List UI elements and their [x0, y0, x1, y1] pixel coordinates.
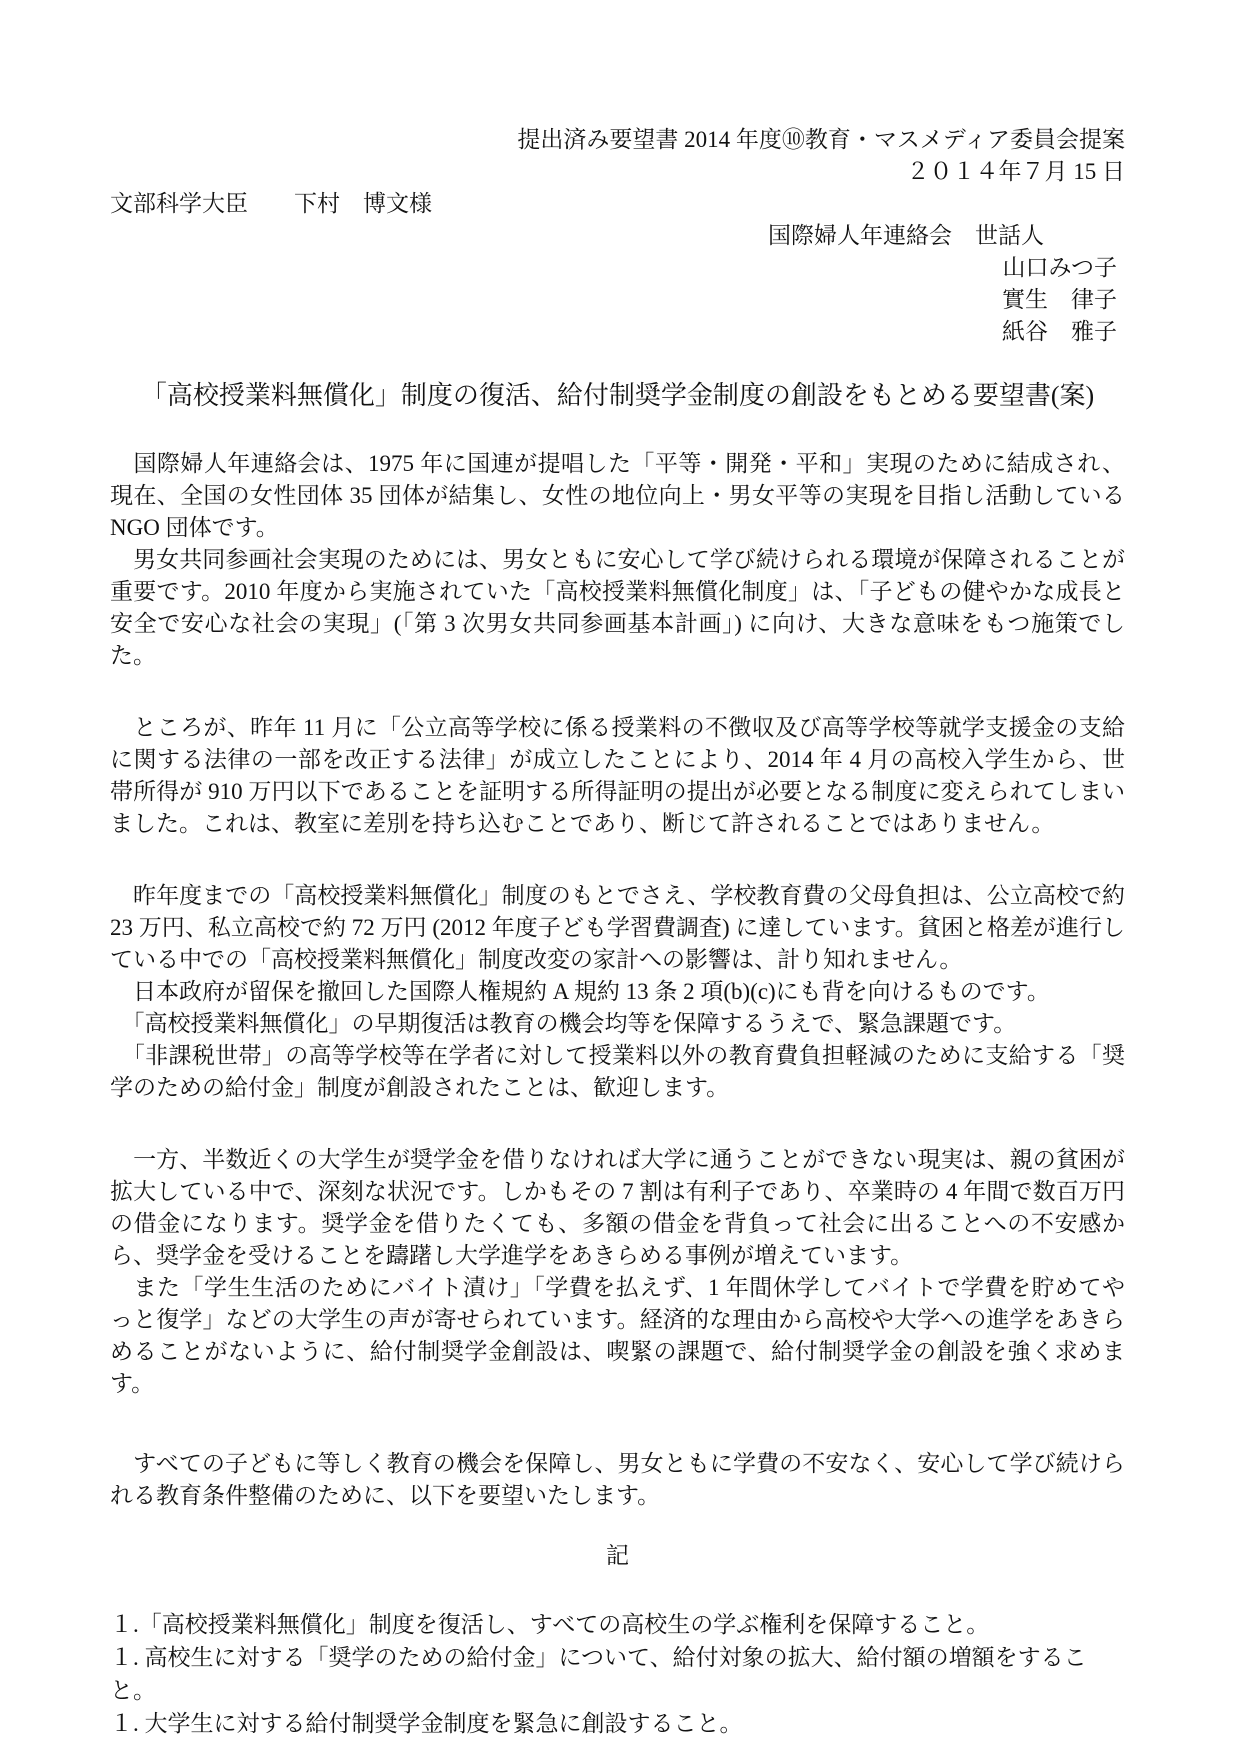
body-paragraph-10: すべての子どもに等しく教育の機会を保障し、男女ともに学費の不安なく、安心して学び… [110, 1448, 1125, 1512]
sender-org-line: 国際婦人年連絡会 世話人 [110, 220, 1125, 252]
document-header: 提出済み要望書 2014 年度⑩教育・マスメディア委員会提案 ２０１４年７月 1… [110, 0, 1125, 348]
request-item-3: １. 大学生に対する給付制奨学金制度を緊急に創設すること。 [110, 1707, 1125, 1740]
section-marker: 記 [110, 1540, 1125, 1572]
body-paragraph-2: 男女共同参画社会実現のためには、男女ともに安心して学び続けられる環境が保障される… [110, 544, 1125, 672]
document-body: 国際婦人年連絡会は、1975 年に国連が提唱した「平等・開発・平和」実現のために… [110, 448, 1125, 1512]
body-paragraph-6: 「高校授業料無償化」の早期復活は教育の機会均等を保障するうえで、緊急課題です。 [110, 1008, 1125, 1040]
body-paragraph-4: 昨年度までの「高校授業料無償化」制度のもとでさえ、学校教育費の父母負担は、公立高… [110, 880, 1125, 976]
document-page: 提出済み要望書 2014 年度⑩教育・マスメディア委員会提案 ２０１４年７月 1… [0, 0, 1240, 1754]
body-paragraph-9: また「学生生活のためにバイト漬け」「学費を払えず、1 年間休学してバイトで学費を… [110, 1272, 1125, 1400]
body-paragraph-7: 「非課税世帯」の高等学校等在学者に対して授業料以外の教育費負担軽減のために支給す… [110, 1040, 1125, 1104]
request-item-1: １.「高校授業料無償化」制度を復活し、すべての高校生の学ぶ権利を保障すること。 [110, 1608, 1125, 1641]
signatory-name-3: 紙谷 雅子 [110, 316, 1125, 348]
date-line: ２０１４年７月 15 日 [110, 156, 1125, 188]
header-line: 提出済み要望書 2014 年度⑩教育・マスメディア委員会提案 [110, 124, 1125, 156]
document-content: 提出済み要望書 2014 年度⑩教育・マスメディア委員会提案 ２０１４年７月 1… [110, 0, 1125, 1740]
body-paragraph-5: 日本政府が留保を撤回した国際人権規約 A 規約 13 条 2 項(b)(c)にも… [110, 976, 1125, 1008]
body-paragraph-1: 国際婦人年連絡会は、1975 年に国連が提唱した「平等・開発・平和」実現のために… [110, 448, 1125, 544]
addressee-line: 文部科学大臣 下村 博文様 [110, 188, 1125, 220]
signatory-name-2: 實生 律子 [110, 284, 1125, 316]
request-list: １.「高校授業料無償化」制度を復活し、すべての高校生の学ぶ権利を保障すること。 … [110, 1608, 1125, 1740]
request-item-2: １. 高校生に対する「奨学のための給付金」について、給付対象の拡大、給付額の増額… [110, 1641, 1125, 1707]
signatory-name-1: 山口みつ子 [110, 252, 1125, 284]
body-paragraph-8: 一方、半数近くの大学生が奨学金を借りなければ大学に通うことができない現実は、親の… [110, 1144, 1125, 1272]
body-paragraph-3: ところが、昨年 11 月に「公立高等学校に係る授業料の不徴収及び高等学校等就学支… [110, 712, 1125, 840]
document-title: 「高校授業料無償化」制度の復活、給付制奨学金制度の創設をもとめる要望書(案) [110, 378, 1125, 414]
